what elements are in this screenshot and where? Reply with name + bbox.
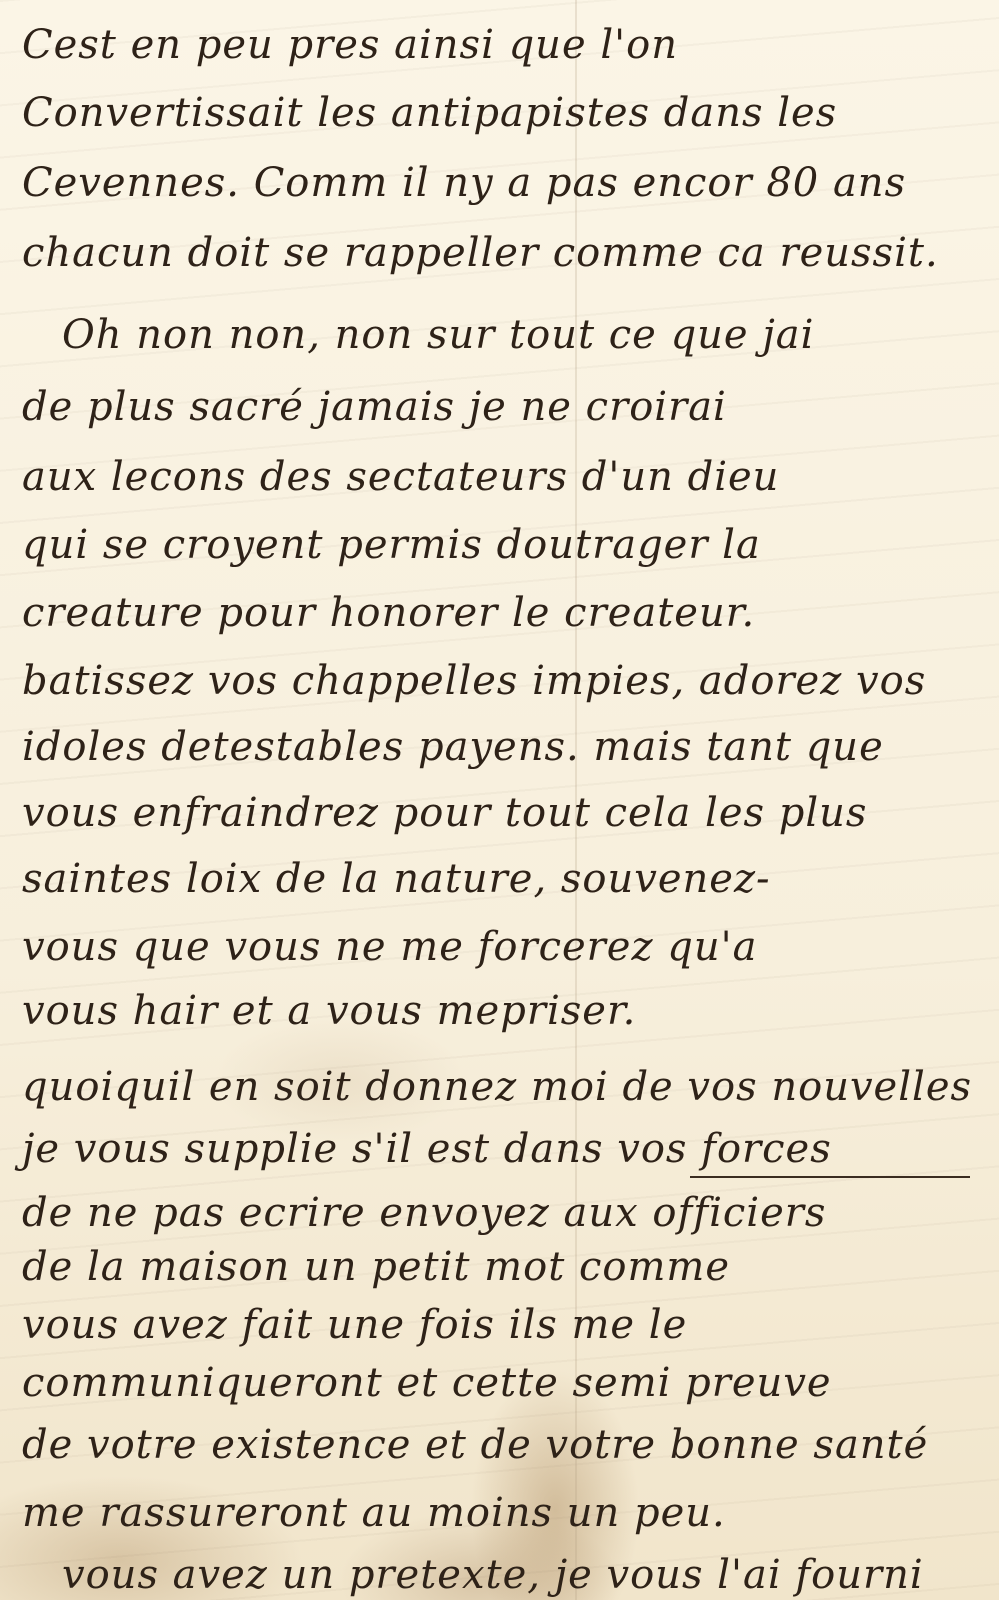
text-line-22: de votre existence et de votre bonne san… — [22, 1422, 928, 1468]
text-line-4: chacun doit se rappeller comme ca reussi… — [22, 230, 939, 276]
text-line-7: aux lecons des sectateurs d'un dieu — [22, 454, 779, 500]
text-line-13: saintes loix de la nature, souvenez- — [22, 856, 771, 902]
text-line-8: qui se croyent permis doutrager la — [22, 522, 761, 568]
text-line-20: vous avez fait une fois ils me le — [22, 1302, 687, 1348]
text-line-16: quoiquil en soit donnez moi de vos nouve… — [22, 1064, 972, 1110]
text-line-10: batissez vos chappelles impies, adorez v… — [22, 658, 926, 704]
text-line-2: Convertissait les antipapistes dans les — [22, 90, 837, 136]
text-line-24: vous avez un pretexte, je vous l'ai four… — [62, 1552, 924, 1598]
text-line-6: de plus sacré jamais je ne croirai — [22, 384, 727, 430]
text-line-15: vous hair et a vous mepriser. — [22, 988, 636, 1034]
text-line-17: je vous supplie s'il est dans vos forces — [22, 1126, 832, 1172]
text-line-12: vous enfraindrez pour tout cela les plus — [22, 790, 867, 836]
text-line-19: de la maison un petit mot comme — [22, 1244, 730, 1290]
manuscript-page: Cest en peu pres ainsi que l'on Converti… — [0, 0, 999, 1600]
text-line-21: communiqueront et cette semi preuve — [22, 1360, 832, 1406]
text-line-5: Oh non non, non sur tout ce que jai — [62, 312, 814, 358]
underline-mark — [690, 1176, 970, 1178]
text-line-14: vous que vous ne me forcerez qu'a — [22, 924, 757, 970]
text-line-18: de ne pas ecrire envoyez aux officiers — [22, 1190, 826, 1236]
text-line-23: me rassureront au moins un peu. — [22, 1490, 726, 1536]
text-line-1: Cest en peu pres ainsi que l'on — [22, 22, 678, 68]
text-line-3: Cevennes. Comm il ny a pas encor 80 ans — [22, 160, 906, 206]
text-line-11: idoles detestables payens. mais tant que — [22, 724, 884, 770]
text-line-9: creature pour honorer le createur. — [22, 590, 755, 636]
